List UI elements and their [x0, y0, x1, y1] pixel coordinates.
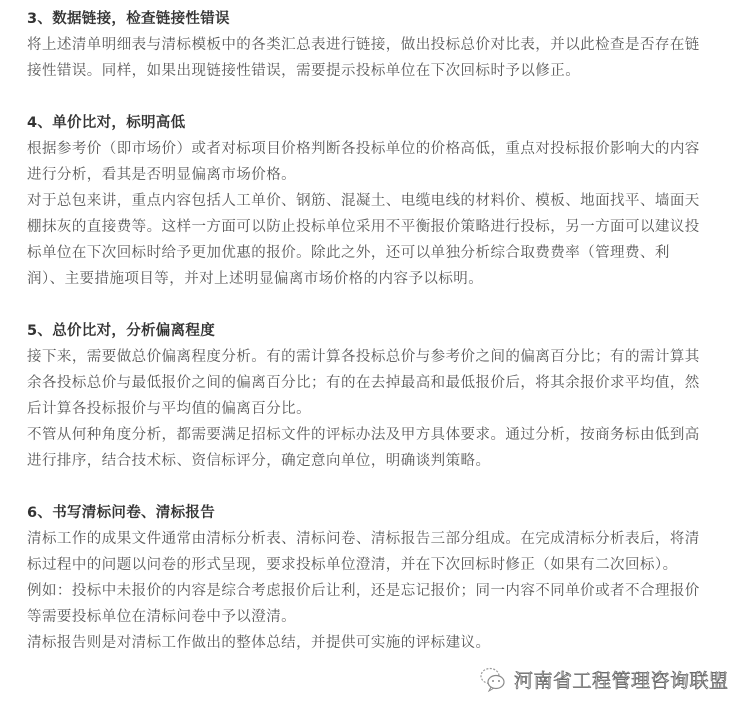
paragraph-line: 进行分析，看其是否明显偏离市场价格。: [27, 162, 709, 188]
paragraph-line: 清标工作的成果文件通常由清标分析表、清标问卷、清标报告三部分组成。在完成清标分析…: [27, 526, 709, 552]
paragraph-line: 余各投标总价与最低报价之间的偏离百分比；有的在去掉最高和最低报价后，将其余报价求…: [27, 370, 709, 396]
paragraph-line: 标单位在下次回标时给予更加优惠的报价。除此之外，还可以单独分析综合取费费率（管理…: [27, 240, 709, 266]
paragraph-line: 棚抹灰的直接费等。这样一方面可以防止投标单位采用不平衡报价策略进行投标，另一方面…: [27, 214, 709, 240]
paragraph-line: 清标报告则是对清标工作做出的整体总结，并提供可实施的评标建议。: [27, 630, 709, 656]
section-5: 5、总价比对，分析偏离程度 接下来，需要做总价偏离程度分析。有的需计算各投标总价…: [27, 318, 709, 474]
article-body: 3、数据链接，检查链接性错误 将上述清单明细表与清标模板中的各类汇总表进行链接，…: [27, 6, 709, 656]
section-3: 3、数据链接，检查链接性错误 将上述清单明细表与清标模板中的各类汇总表进行链接，…: [27, 6, 709, 84]
paragraph-line: 进行排序，结合技术标、资信标评分，确定意向单位，明确谈判策略。: [27, 448, 709, 474]
section-heading: 5、总价比对，分析偏离程度: [27, 318, 709, 344]
paragraph-line: 将上述清单明细表与清标模板中的各类汇总表进行链接，做出投标总价对比表，并以此检查…: [27, 32, 709, 58]
watermark-text: 河南省工程管理咨询联盟: [514, 666, 729, 693]
watermark: 河南省工程管理咨询联盟: [478, 662, 729, 696]
paragraph-line: 润）、主要措施项目等，并对上述明显偏离市场价格的内容予以标明。: [27, 266, 709, 292]
paragraph-line: 接性错误。同样，如果出现链接性错误，需要提示投标单位在下次回标时予以修正。: [27, 58, 709, 84]
paragraph-line: 不管从何种角度分析，都需要满足招标文件的评标办法及甲方具体要求。通过分析，按商务…: [27, 422, 709, 448]
paragraph-line: 等需要投标单位在清标问卷中予以澄清。: [27, 604, 709, 630]
section-heading: 4、单价比对，标明高低: [27, 110, 709, 136]
paragraph-line: 根据参考价（即市场价）或者对标项目价格判断各投标单位的价格高低，重点对投标报价影…: [27, 136, 709, 162]
section-heading: 3、数据链接，检查链接性错误: [27, 6, 709, 32]
paragraph-line: 后计算各投标报价与平均值的偏离百分比。: [27, 396, 709, 422]
wechat-icon: [478, 664, 508, 694]
paragraph-line: 例如：投标中未报价的内容是综合考虑报价后让利，还是忘记报价；同一内容不同单价或者…: [27, 578, 709, 604]
paragraph-line: 标过程中的问题以问卷的形式呈现，要求投标单位澄清，并在下次回标时修正（如果有二次…: [27, 552, 709, 578]
paragraph-line: 对于总包来讲，重点内容包括人工单价、钢筋、混凝土、电缆电线的材料价、模板、地面找…: [27, 188, 709, 214]
section-heading: 6、书写清标问卷、清标报告: [27, 500, 709, 526]
section-4: 4、单价比对，标明高低 根据参考价（即市场价）或者对标项目价格判断各投标单位的价…: [27, 110, 709, 292]
paragraph-line: 接下来，需要做总价偏离程度分析。有的需计算各投标总价与参考价之间的偏离百分比；有…: [27, 344, 709, 370]
section-6: 6、书写清标问卷、清标报告 清标工作的成果文件通常由清标分析表、清标问卷、清标报…: [27, 500, 709, 656]
